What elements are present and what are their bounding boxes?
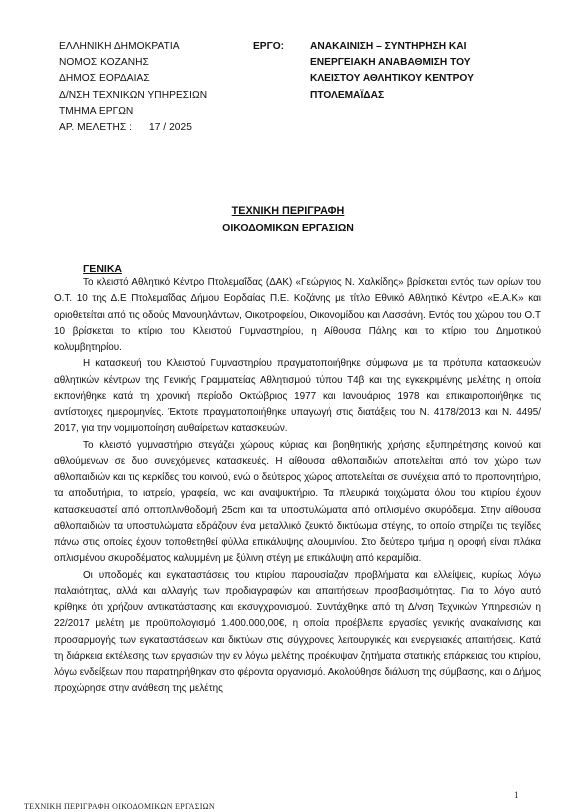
project-title-line: ΠΤΟΛΕΜΑΪΔΑΣ — [310, 88, 474, 104]
issuer-line: ΔΗΜΟΣ ΕΟΡΔΑΙΑΣ — [59, 71, 207, 87]
study-reference: ΑΡ. ΜΕΛΕΤΗΣ : 17 / 2025 — [59, 120, 207, 136]
issuer-block: ΕΛΛΗΝΙΚΗ ΔΗΜΟΚΡΑΤΙΑ ΝΟΜΟΣ ΚΟΖΑΝΗΣ ΔΗΜΟΣ … — [59, 39, 207, 136]
document-subtitle: ΟΙΚΟΔΟΜΙΚΩΝ ΕΡΓΑΣΙΩΝ — [0, 222, 576, 234]
project-label: ΕΡΓΟ: — [253, 39, 310, 104]
study-number: 17 / 2025 — [149, 120, 192, 136]
issuer-line: ΤΜΗΜΑ ΕΡΓΩΝ — [59, 104, 207, 120]
project-title-line: ΑΝΑΚΑΙΝΙΣΗ – ΣΥΝΤΗΡΗΣΗ ΚΑΙ — [310, 39, 474, 55]
document-title: ΤΕΧΝΙΚΗ ΠΕΡΙΓΡΑΦΗ — [0, 205, 576, 217]
paragraph: Η κατασκευή του Κλειστού Γυμναστηρίου πρ… — [54, 356, 541, 437]
project-block: ΕΡΓΟ: ΑΝΑΚΑΙΝΙΣΗ – ΣΥΝΤΗΡΗΣΗ ΚΑΙ ΕΝΕΡΓΕΙ… — [253, 39, 474, 104]
issuer-line: ΕΛΛΗΝΙΚΗ ΔΗΜΟΚΡΑΤΙΑ — [59, 39, 207, 55]
project-title-line: ΚΛΕΙΣΤΟΥ ΑΘΛΗΤΙΚΟΥ ΚΕΝΤΡΟΥ — [310, 71, 474, 87]
paragraph: Οι υποδομές και εγκαταστάσεις του κτιρίο… — [54, 568, 541, 698]
section-heading: ΓΕΝΙΚΑ — [83, 263, 122, 275]
body-text: Το κλειστό Αθλητικό Κέντρο Πτολεμαΐδας (… — [54, 275, 541, 698]
issuer-line: ΝΟΜΟΣ ΚΟΖΑΝΗΣ — [59, 55, 207, 71]
project-title-line: ΕΝΕΡΓΕΙΑΚΗ ΑΝΑΒΑΘΜΙΣΗ ΤΟΥ — [310, 55, 474, 71]
paragraph: Το κλειστό Αθλητικό Κέντρο Πτολεμαΐδας (… — [54, 275, 541, 356]
document-page: ΕΛΛΗΝΙΚΗ ΔΗΜΟΚΡΑΤΙΑ ΝΟΜΟΣ ΚΟΖΑΝΗΣ ΔΗΜΟΣ … — [0, 0, 576, 812]
issuer-line: Δ/ΝΣΗ ΤΕΧΝΙΚΩΝ ΥΠΗΡΕΣΙΩΝ — [59, 88, 207, 104]
page-number: 1 — [514, 790, 519, 800]
study-label: ΑΡ. ΜΕΛΕΤΗΣ : — [59, 120, 149, 136]
running-footer: ΤΕΧΝΙΚΗ ΠΕΡΙΓΡΑΦΗ ΟΙΚΟΔΟΜΙΚΩΝ ΕΡΓΑΣΙΩΝ — [24, 802, 215, 811]
paragraph: Το κλειστό γυμναστήριο στεγάζει χώρους κ… — [54, 438, 541, 568]
project-title: ΑΝΑΚΑΙΝΙΣΗ – ΣΥΝΤΗΡΗΣΗ ΚΑΙ ΕΝΕΡΓΕΙΑΚΗ ΑΝ… — [310, 39, 474, 104]
